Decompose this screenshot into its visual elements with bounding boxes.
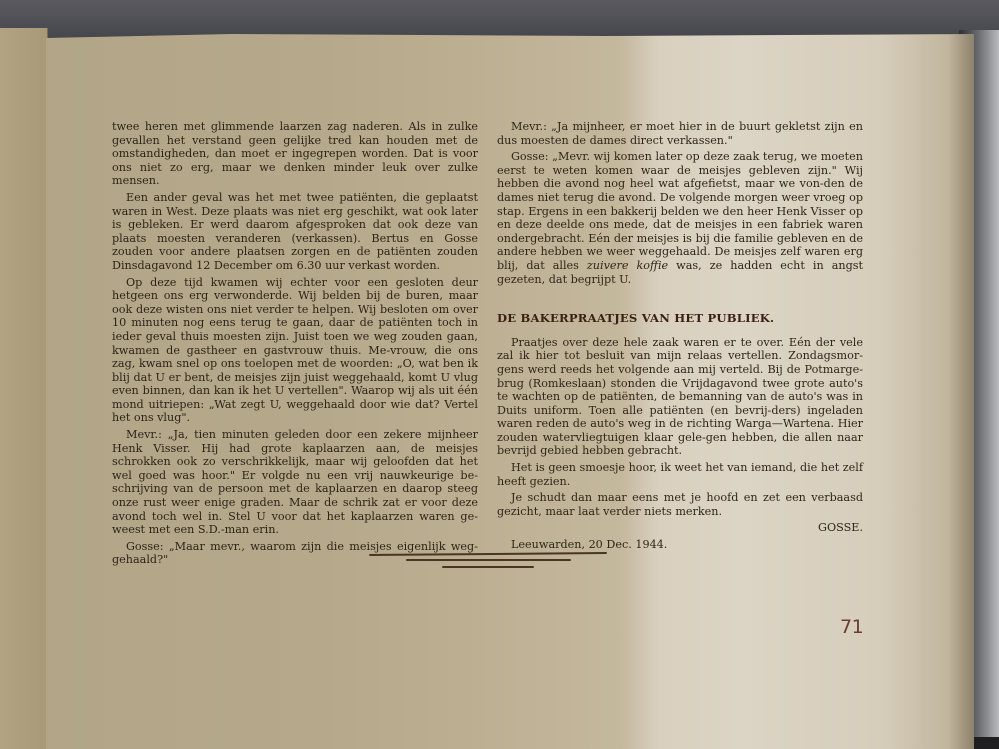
- paragraph: Mevr.: „Ja, tien minuten geleden door ee…: [112, 428, 478, 537]
- paragraph: Je schudt dan maar eens met je hoofd en …: [497, 491, 863, 518]
- left-text-column: twee heren met glimmende laarzen zag nad…: [112, 120, 478, 567]
- paragraph: Gosse: „Mevr. wij komen later op deze za…: [497, 150, 863, 286]
- paragraph: Het is geen smoesje hoor, ik weet het va…: [497, 461, 863, 488]
- background-surface: [0, 0, 999, 40]
- paragraph: Mevr.: „Ja mijnheer, er moet hier in de …: [497, 120, 863, 147]
- paragraph: Een ander geval was het met twee patiënt…: [112, 191, 478, 273]
- paragraph-text: Gosse: „Mevr. wij komen later op deze za…: [497, 150, 863, 272]
- decorative-rule: [442, 566, 534, 568]
- paragraph: Praatjes over deze hele zaak waren er te…: [497, 336, 863, 458]
- paragraph: Op deze tijd kwamen wij echter voor een …: [112, 276, 478, 426]
- decorative-rule: [406, 559, 571, 561]
- section-heading: DE BAKERPRAATJES VAN HET PUBLIEK.: [497, 312, 863, 326]
- italic-phrase: zuivere koffie: [587, 259, 668, 272]
- paragraph: twee heren met glimmende laarzen zag nad…: [112, 120, 478, 188]
- right-text-column: Mevr.: „Ja mijnheer, er moet hier in de …: [497, 120, 863, 552]
- dateline: Leeuwarden, 20 Dec. 1944.: [497, 538, 863, 552]
- page-number: 71: [840, 616, 863, 638]
- signature: GOSSE.: [497, 521, 863, 535]
- previous-page-edge: [0, 28, 48, 749]
